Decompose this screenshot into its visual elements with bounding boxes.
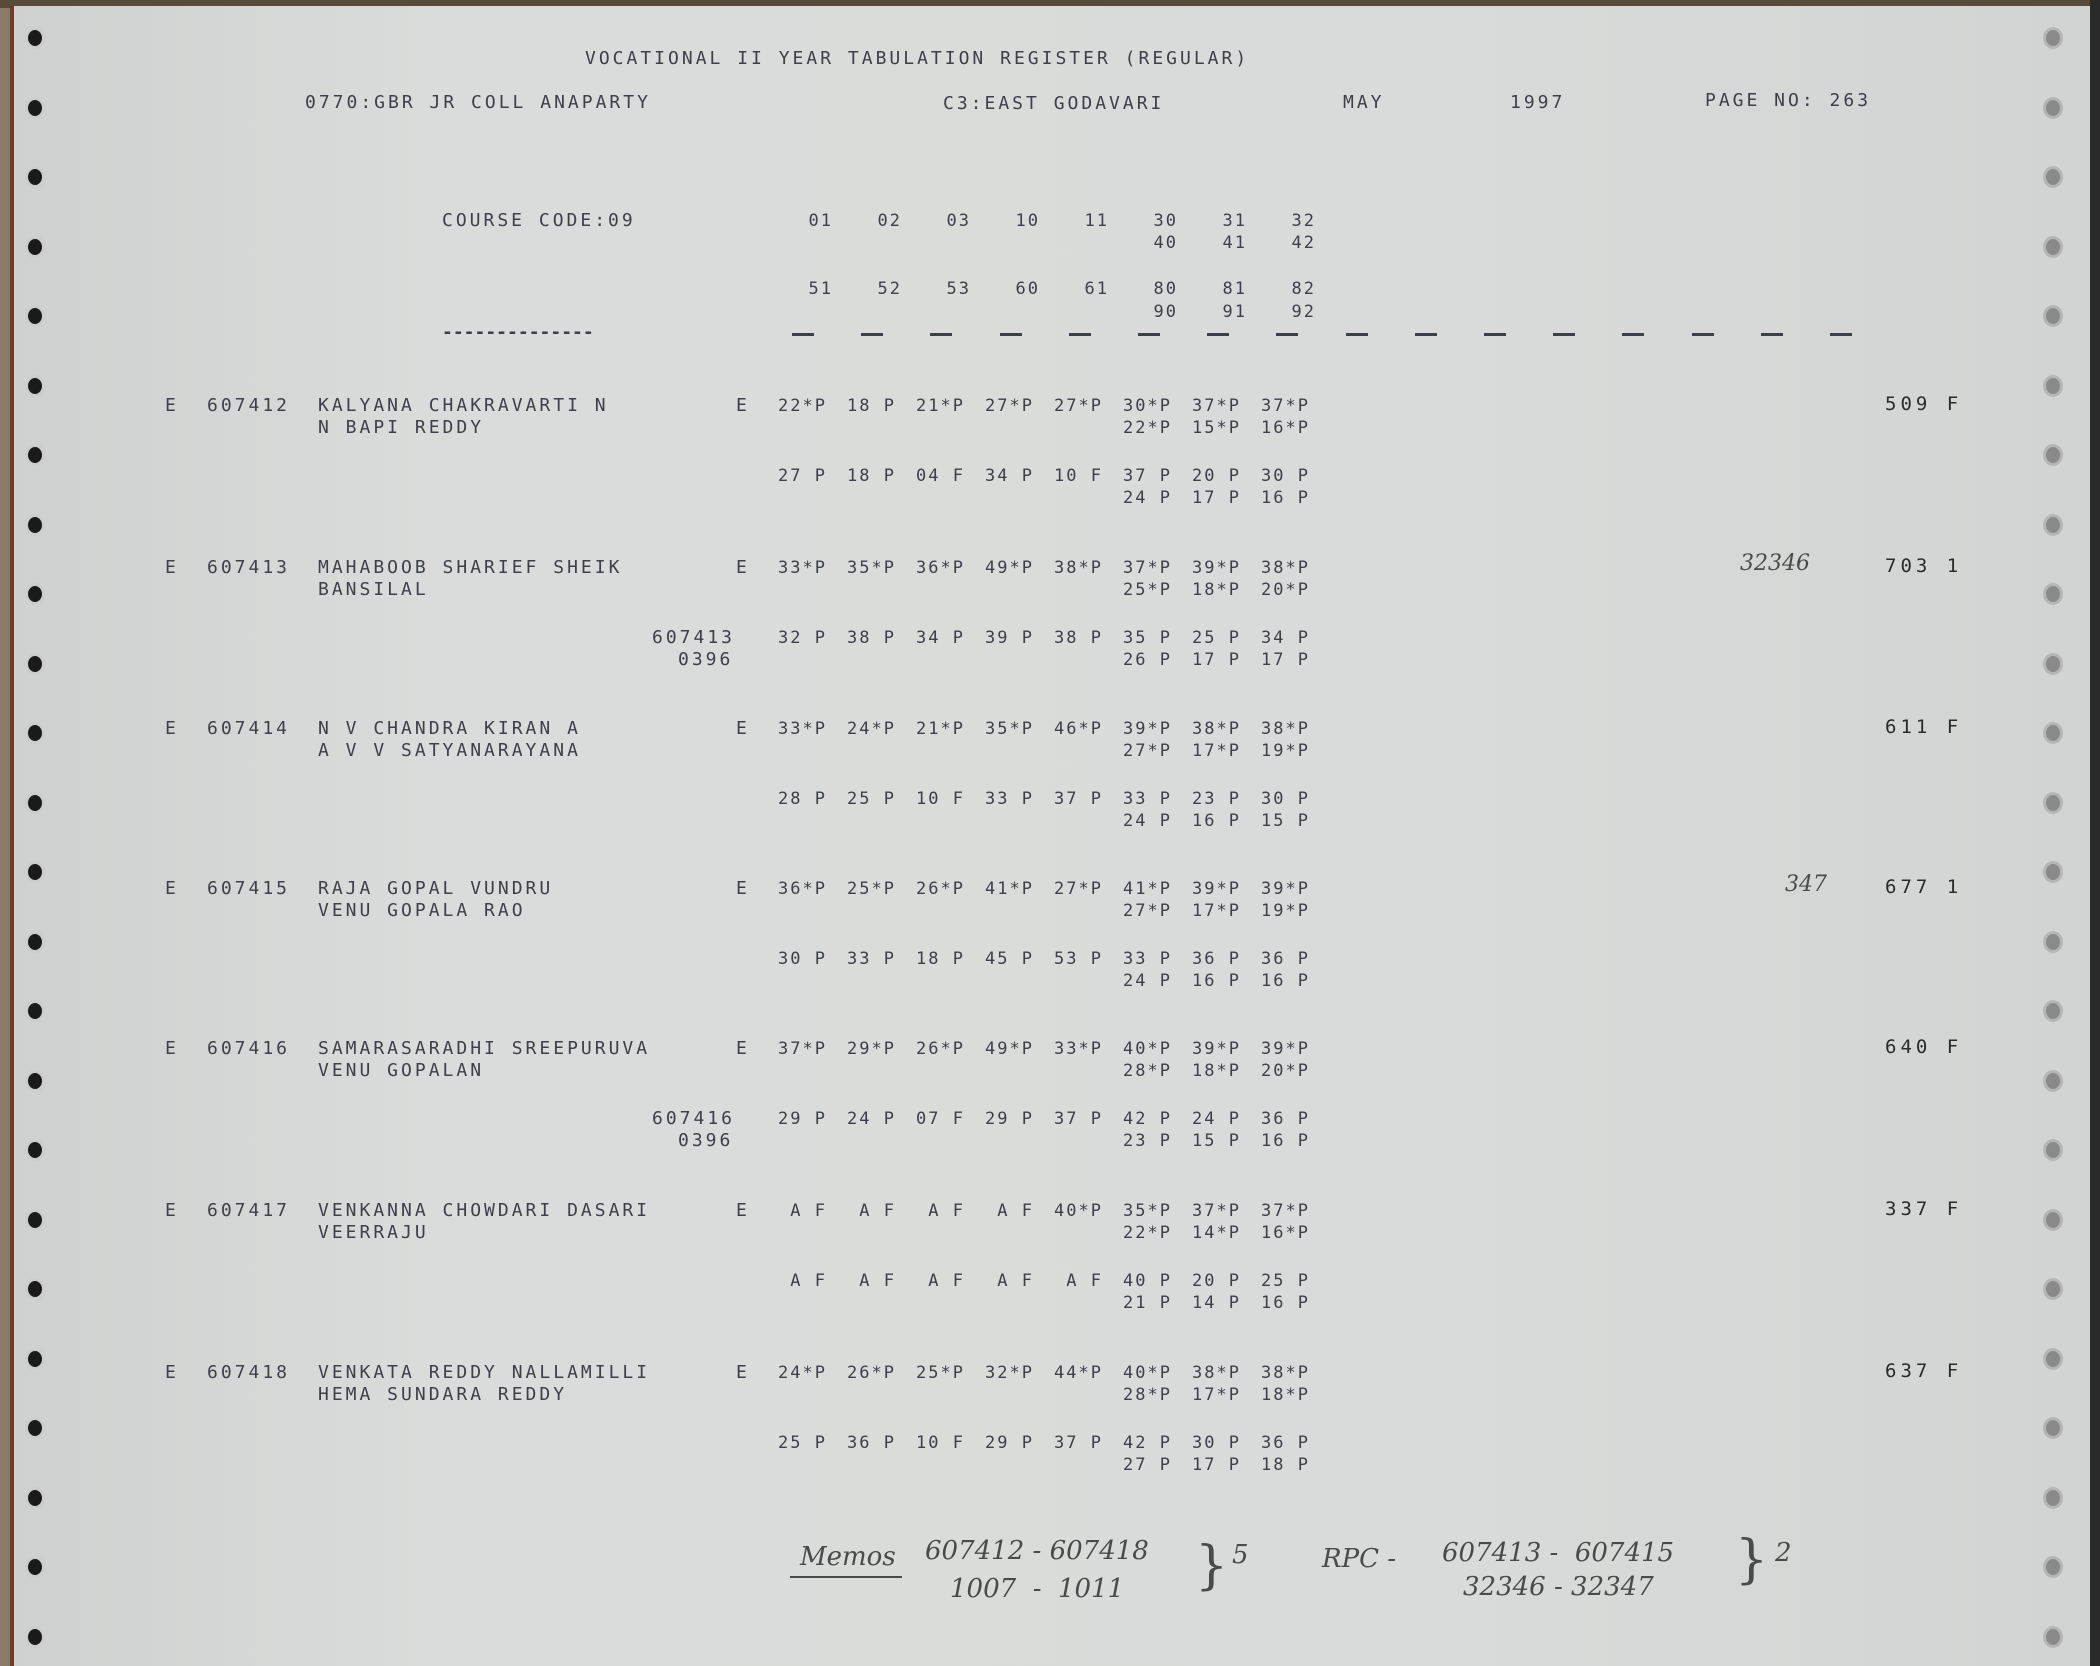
subject-mark: 18*P bbox=[1180, 1060, 1249, 1082]
marks-row: 36*P25*P26*P41*P27*P41*P39*P39*P bbox=[766, 878, 1318, 900]
subject-mark: 29 P bbox=[973, 1432, 1042, 1454]
subject-mark: 25 P bbox=[766, 1432, 835, 1454]
college-name: 0770:GBR JR COLL ANAPARTY bbox=[305, 92, 651, 114]
previous-year-code: 0396 bbox=[678, 1130, 733, 1152]
memos-count: 5 bbox=[1232, 1540, 1249, 1570]
exam-year: 1997 bbox=[1510, 92, 1565, 114]
feed-hole-right bbox=[2046, 1073, 2060, 1089]
marks-row: A FA FA FA FA F40 P20 P25 P bbox=[766, 1270, 1318, 1292]
paper-code: 03 bbox=[910, 210, 979, 232]
subject-mark: 37 P bbox=[1042, 1108, 1111, 1130]
course-dashes: -------------- bbox=[442, 322, 594, 344]
paper-code: 92 bbox=[1255, 301, 1324, 323]
subject-mark: 23 P bbox=[1111, 1130, 1180, 1152]
marks-row: 22*P18 P21*P27*P27*P30*P37*P37*P bbox=[766, 395, 1318, 417]
subject-mark: 33 P bbox=[973, 788, 1042, 810]
paper-code: 10 bbox=[979, 210, 1048, 232]
feed-hole-right bbox=[2046, 1490, 2060, 1506]
subject-mark: 36*P bbox=[904, 557, 973, 579]
feed-hole-left bbox=[28, 725, 42, 741]
subject-mark: 18*P bbox=[1180, 579, 1249, 601]
feed-hole-left bbox=[28, 239, 42, 255]
subject-mark: 36 P bbox=[1249, 948, 1318, 970]
memos-serial-range: 1007 - 1011 bbox=[950, 1574, 1124, 1604]
marks-exam-flag: E bbox=[736, 878, 750, 900]
subject-mark: 27*P bbox=[1111, 740, 1180, 762]
marks-row: 27 P17 P18 P bbox=[766, 1454, 1318, 1476]
student-roll-number: 607415 bbox=[207, 878, 290, 900]
paper-code: 91 bbox=[1186, 301, 1255, 323]
subject-mark: 36*P bbox=[766, 878, 835, 900]
subject-mark: A F bbox=[766, 1200, 835, 1222]
paper-code: 53 bbox=[910, 278, 979, 300]
student-roll-number: 607418 bbox=[207, 1362, 290, 1384]
subject-mark: 33 P bbox=[1111, 948, 1180, 970]
paper-code: 32 bbox=[1255, 210, 1324, 232]
subject-mark: 29*P bbox=[835, 1038, 904, 1060]
paper-code-row: 5152536061808182 bbox=[772, 278, 1324, 300]
page-right-edge bbox=[2090, 0, 2100, 1666]
subject-mark: 37*P bbox=[1249, 395, 1318, 417]
subject-mark: 25*P bbox=[904, 1362, 973, 1384]
subject-mark: 32 P bbox=[766, 627, 835, 649]
student-exam-flag: E bbox=[165, 878, 179, 900]
subject-mark: 19*P bbox=[1249, 740, 1318, 762]
feed-hole-right bbox=[2046, 308, 2060, 324]
paper-code: 81 bbox=[1186, 278, 1255, 300]
subject-mark: 22*P bbox=[766, 395, 835, 417]
subject-mark: 39 P bbox=[973, 627, 1042, 649]
total-marks-result: 677 1 bbox=[1885, 876, 1962, 898]
rpc-serial-range: 32346 - 32347 bbox=[1463, 1572, 1654, 1602]
subject-mark: 36 P bbox=[835, 1432, 904, 1454]
column-dash bbox=[1207, 333, 1229, 336]
feed-hole-right bbox=[2046, 239, 2060, 255]
marks-row: 25*P18*P20*P bbox=[766, 579, 1318, 601]
total-marks-result: 637 F bbox=[1885, 1360, 1962, 1382]
paper-code-row: 909192 bbox=[772, 301, 1324, 323]
subject-mark: 21 P bbox=[1111, 1292, 1180, 1314]
feed-hole-right bbox=[2046, 169, 2060, 185]
feed-hole-left bbox=[28, 30, 42, 46]
paper-code: 41 bbox=[1186, 232, 1255, 254]
subject-mark: 27*P bbox=[1042, 395, 1111, 417]
rpc-brace: } bbox=[1735, 1530, 1768, 1590]
paper-code: 02 bbox=[841, 210, 910, 232]
subject-mark: 16 P bbox=[1180, 810, 1249, 832]
subject-mark: 41*P bbox=[973, 878, 1042, 900]
student-roll-number: 607413 bbox=[207, 557, 290, 579]
feed-hole-left bbox=[28, 1003, 42, 1019]
student-roll-number: 607414 bbox=[207, 718, 290, 740]
subject-mark: 40*P bbox=[1111, 1362, 1180, 1384]
feed-hole-left bbox=[28, 378, 42, 394]
subject-mark: 35*P bbox=[1111, 1200, 1180, 1222]
previous-year-code: 0396 bbox=[678, 649, 733, 671]
subject-mark: 25*P bbox=[835, 878, 904, 900]
subject-mark: 27 P bbox=[1111, 1454, 1180, 1476]
paper-code: 82 bbox=[1255, 278, 1324, 300]
total-marks-result: 640 F bbox=[1885, 1036, 1962, 1058]
marks-row: 21 P14 P16 P bbox=[766, 1292, 1318, 1314]
subject-mark: 16 P bbox=[1249, 1130, 1318, 1152]
student-parent-name: VENU GOPALA RAO bbox=[318, 900, 526, 922]
subject-mark: 17*P bbox=[1180, 740, 1249, 762]
subject-mark: 21*P bbox=[904, 718, 973, 740]
feed-hole-right bbox=[2046, 1420, 2060, 1436]
subject-mark: 38*P bbox=[1249, 718, 1318, 740]
feed-hole-left bbox=[28, 586, 42, 602]
student-name: VENKANNA CHOWDARI DASARI bbox=[318, 1200, 650, 1222]
marks-row: 27*P17*P19*P bbox=[766, 900, 1318, 922]
exam-month: MAY bbox=[1343, 92, 1385, 114]
paper-code: 80 bbox=[1117, 278, 1186, 300]
feed-hole-right bbox=[2046, 1559, 2060, 1575]
subject-mark: 20*P bbox=[1249, 1060, 1318, 1082]
total-marks-result: 337 F bbox=[1885, 1198, 1962, 1220]
feed-hole-right bbox=[2046, 1212, 2060, 1228]
subject-mark: 34 P bbox=[904, 627, 973, 649]
feed-hole-right bbox=[2046, 795, 2060, 811]
column-dash bbox=[1553, 333, 1575, 336]
subject-mark: 33*P bbox=[1042, 1038, 1111, 1060]
subject-mark: 37*P bbox=[766, 1038, 835, 1060]
subject-mark: 24 P bbox=[1111, 487, 1180, 509]
tabulation-register-sheet bbox=[10, 6, 2094, 1666]
paper-code: 52 bbox=[841, 278, 910, 300]
subject-mark: 36 P bbox=[1249, 1108, 1318, 1130]
feed-hole-right bbox=[2046, 1142, 2060, 1158]
student-exam-flag: E bbox=[165, 1362, 179, 1384]
total-marks-result: 703 1 bbox=[1885, 555, 1962, 577]
subject-mark: 35*P bbox=[835, 557, 904, 579]
feed-hole-left bbox=[28, 1073, 42, 1089]
subject-mark: 33*P bbox=[766, 718, 835, 740]
marks-exam-flag: E bbox=[736, 718, 750, 740]
feed-hole-left bbox=[28, 864, 42, 880]
column-dash bbox=[1276, 333, 1298, 336]
paper-code-row: 404142 bbox=[772, 232, 1324, 254]
paper-code: 90 bbox=[1117, 301, 1186, 323]
subject-mark: 39*P bbox=[1180, 557, 1249, 579]
memos-range: 607412 - 607418 bbox=[925, 1536, 1149, 1566]
paper-code: 31 bbox=[1186, 210, 1255, 232]
subject-mark: 15 P bbox=[1180, 1130, 1249, 1152]
subject-mark: 35*P bbox=[973, 718, 1042, 740]
feed-hole-right bbox=[2046, 1629, 2060, 1645]
marks-row: 24 P17 P16 P bbox=[766, 487, 1318, 509]
feed-hole-left bbox=[28, 1629, 42, 1645]
column-dash bbox=[1000, 333, 1022, 336]
subject-mark: 17 P bbox=[1249, 649, 1318, 671]
subject-mark: 15*P bbox=[1180, 417, 1249, 439]
paper-code: 42 bbox=[1255, 232, 1324, 254]
feed-hole-left bbox=[28, 1420, 42, 1436]
subject-mark: 53 P bbox=[1042, 948, 1111, 970]
subject-mark: 27*P bbox=[973, 395, 1042, 417]
subject-mark: 30*P bbox=[1111, 395, 1180, 417]
subject-mark: A F bbox=[835, 1200, 904, 1222]
subject-mark: 35 P bbox=[1111, 627, 1180, 649]
subject-mark: 19*P bbox=[1249, 900, 1318, 922]
subject-mark: 38 P bbox=[1042, 627, 1111, 649]
column-dash bbox=[1830, 333, 1852, 336]
subject-mark: 16 P bbox=[1249, 487, 1318, 509]
subject-mark: 20 P bbox=[1180, 1270, 1249, 1292]
subject-mark: 16 P bbox=[1249, 1292, 1318, 1314]
subject-mark: 38*P bbox=[1249, 1362, 1318, 1384]
column-dash bbox=[1069, 333, 1091, 336]
subject-mark: 37 P bbox=[1042, 1432, 1111, 1454]
subject-mark: 25*P bbox=[1111, 579, 1180, 601]
feed-hole-right bbox=[2046, 100, 2060, 116]
subject-mark: 37*P bbox=[1249, 1200, 1318, 1222]
subject-mark: 29 P bbox=[973, 1108, 1042, 1130]
subject-mark: 20 P bbox=[1180, 465, 1249, 487]
marks-exam-flag: E bbox=[736, 1038, 750, 1060]
student-exam-flag: E bbox=[165, 557, 179, 579]
subject-mark: 30 P bbox=[1249, 788, 1318, 810]
subject-mark: 37*P bbox=[1180, 395, 1249, 417]
subject-mark: 34 P bbox=[973, 465, 1042, 487]
feed-hole-right bbox=[2046, 378, 2060, 394]
feed-hole-left bbox=[28, 934, 42, 950]
page-number: PAGE NO: 263 bbox=[1705, 90, 1871, 112]
feed-hole-right bbox=[2046, 1003, 2060, 1019]
student-parent-name: BANSILAL bbox=[318, 579, 429, 601]
paper-code: 61 bbox=[1048, 278, 1117, 300]
feed-hole-left bbox=[28, 447, 42, 463]
subject-mark: 34 P bbox=[1249, 627, 1318, 649]
marks-row: 29 P24 P07 F29 P37 P42 P24 P36 P bbox=[766, 1108, 1318, 1130]
subject-mark: 39*P bbox=[1249, 1038, 1318, 1060]
subject-mark: 16*P bbox=[1249, 417, 1318, 439]
subject-mark: 24 P bbox=[1111, 810, 1180, 832]
student-roll-number: 607417 bbox=[207, 1200, 290, 1222]
column-dash bbox=[1622, 333, 1644, 336]
subject-mark: 33 P bbox=[835, 948, 904, 970]
feed-hole-right bbox=[2046, 1351, 2060, 1367]
subject-mark: 45 P bbox=[973, 948, 1042, 970]
student-parent-name: N BAPI REDDY bbox=[318, 417, 484, 439]
feed-hole-left bbox=[28, 656, 42, 672]
subject-mark: 49*P bbox=[973, 1038, 1042, 1060]
feed-hole-left bbox=[28, 100, 42, 116]
feed-hole-right bbox=[2046, 30, 2060, 46]
subject-mark: 17*P bbox=[1180, 1384, 1249, 1406]
subject-mark: 16 P bbox=[1249, 970, 1318, 992]
handwritten-annotation: 347 bbox=[1785, 872, 1827, 897]
subject-mark: 37*P bbox=[1180, 1200, 1249, 1222]
subject-mark: 40*P bbox=[1042, 1200, 1111, 1222]
subject-mark: 27*P bbox=[1111, 900, 1180, 922]
feed-hole-left bbox=[28, 795, 42, 811]
marks-row: 24 P16 P15 P bbox=[766, 810, 1318, 832]
student-name: MAHABOOB SHARIEF SHEIK bbox=[318, 557, 622, 579]
subject-mark: 18 P bbox=[835, 465, 904, 487]
memos-brace: } bbox=[1195, 1536, 1228, 1596]
subject-mark: 10 F bbox=[904, 788, 973, 810]
subject-mark: 18 P bbox=[904, 948, 973, 970]
subject-mark: 10 F bbox=[1042, 465, 1111, 487]
subject-mark: 27*P bbox=[1042, 878, 1111, 900]
marks-exam-flag: E bbox=[736, 1362, 750, 1384]
feed-hole-right bbox=[2046, 864, 2060, 880]
marks-row: 33*P24*P21*P35*P46*P39*P38*P38*P bbox=[766, 718, 1318, 740]
marks-row: A FA FA FA F40*P35*P37*P37*P bbox=[766, 1200, 1318, 1222]
subject-mark: 24*P bbox=[766, 1362, 835, 1384]
feed-hole-right bbox=[2046, 725, 2060, 741]
feed-hole-left bbox=[28, 1490, 42, 1506]
subject-mark: A F bbox=[1042, 1270, 1111, 1292]
student-exam-flag: E bbox=[165, 395, 179, 417]
marks-row: 24 P16 P16 P bbox=[766, 970, 1318, 992]
previous-roll-number: 607416 bbox=[652, 1108, 735, 1130]
subject-mark: 46*P bbox=[1042, 718, 1111, 740]
subject-mark: 26*P bbox=[904, 1038, 973, 1060]
previous-roll-number: 607413 bbox=[652, 627, 735, 649]
student-exam-flag: E bbox=[165, 1200, 179, 1222]
subject-mark: 17 P bbox=[1180, 649, 1249, 671]
register-title: VOCATIONAL II YEAR TABULATION REGISTER (… bbox=[585, 48, 1249, 70]
subject-mark: 28 P bbox=[766, 788, 835, 810]
memos-underline bbox=[790, 1576, 902, 1578]
handwritten-annotation: 32346 bbox=[1740, 551, 1810, 576]
subject-mark: 41*P bbox=[1111, 878, 1180, 900]
subject-mark: 49*P bbox=[973, 557, 1042, 579]
subject-mark: 33*P bbox=[766, 557, 835, 579]
subject-mark: 39*P bbox=[1180, 878, 1249, 900]
column-dash bbox=[1484, 333, 1506, 336]
student-roll-number: 607412 bbox=[207, 395, 290, 417]
subject-mark: 24*P bbox=[835, 718, 904, 740]
subject-mark: 37*P bbox=[1111, 557, 1180, 579]
marks-row: 28*P18*P20*P bbox=[766, 1060, 1318, 1082]
subject-mark: 32*P bbox=[973, 1362, 1042, 1384]
subject-mark: 22*P bbox=[1111, 417, 1180, 439]
student-parent-name: VEERRAJU bbox=[318, 1222, 429, 1244]
feed-hole-left bbox=[28, 1559, 42, 1575]
subject-mark: 20*P bbox=[1249, 579, 1318, 601]
subject-mark: 33 P bbox=[1111, 788, 1180, 810]
feed-hole-left bbox=[28, 1142, 42, 1158]
subject-mark: 25 P bbox=[1180, 627, 1249, 649]
column-dash bbox=[1761, 333, 1783, 336]
subject-mark: 24 P bbox=[1111, 970, 1180, 992]
subject-mark: 18 P bbox=[835, 395, 904, 417]
student-name: KALYANA CHAKRAVARTI N bbox=[318, 395, 609, 417]
subject-mark: A F bbox=[904, 1270, 973, 1292]
subject-mark: 39*P bbox=[1180, 1038, 1249, 1060]
student-parent-name: A V V SATYANARAYANA bbox=[318, 740, 581, 762]
column-dash bbox=[1692, 333, 1714, 336]
memos-label: Memos bbox=[800, 1542, 896, 1572]
subject-mark: 42 P bbox=[1111, 1432, 1180, 1454]
subject-mark: 38*P bbox=[1180, 718, 1249, 740]
subject-mark: 38*P bbox=[1042, 557, 1111, 579]
subject-mark: 37 P bbox=[1042, 788, 1111, 810]
subject-mark: 39*P bbox=[1111, 718, 1180, 740]
total-marks-result: 509 F bbox=[1885, 393, 1962, 415]
feed-hole-left bbox=[28, 308, 42, 324]
column-dash bbox=[1415, 333, 1437, 336]
student-exam-flag: E bbox=[165, 1038, 179, 1060]
feed-hole-left bbox=[28, 1281, 42, 1297]
subject-mark: 25 P bbox=[1249, 1270, 1318, 1292]
feed-hole-right bbox=[2046, 447, 2060, 463]
paper-code: 11 bbox=[1048, 210, 1117, 232]
column-dash bbox=[930, 333, 952, 336]
subject-mark: A F bbox=[904, 1200, 973, 1222]
feed-hole-left bbox=[28, 169, 42, 185]
subject-mark: A F bbox=[766, 1270, 835, 1292]
marks-row: 33*P35*P36*P49*P38*P37*P39*P38*P bbox=[766, 557, 1318, 579]
paper-code: 40 bbox=[1117, 232, 1186, 254]
paper-code-row: 0102031011303132 bbox=[772, 210, 1324, 232]
subject-mark: 25 P bbox=[835, 788, 904, 810]
subject-mark: 14*P bbox=[1180, 1222, 1249, 1244]
rpc-label: RPC - bbox=[1322, 1544, 1396, 1574]
subject-mark: 26*P bbox=[835, 1362, 904, 1384]
paper-code: 01 bbox=[772, 210, 841, 232]
paper-code: 30 bbox=[1117, 210, 1186, 232]
subject-mark: 21*P bbox=[904, 395, 973, 417]
subject-mark: 38 P bbox=[835, 627, 904, 649]
column-dash bbox=[861, 333, 883, 336]
subject-mark: 30 P bbox=[1249, 465, 1318, 487]
subject-mark: 38*P bbox=[1180, 1362, 1249, 1384]
subject-mark: 28*P bbox=[1111, 1060, 1180, 1082]
subject-mark: 16*P bbox=[1249, 1222, 1318, 1244]
student-name: VENKATA REDDY NALLAMILLI bbox=[318, 1362, 650, 1384]
subject-mark: 17 P bbox=[1180, 487, 1249, 509]
feed-hole-left bbox=[28, 1351, 42, 1367]
marks-row: 24*P26*P25*P32*P44*P40*P38*P38*P bbox=[766, 1362, 1318, 1384]
subject-mark: 39*P bbox=[1249, 878, 1318, 900]
marks-row: 27 P18 P04 F34 P10 F37 P20 P30 P bbox=[766, 465, 1318, 487]
subject-mark: 44*P bbox=[1042, 1362, 1111, 1384]
feed-hole-right bbox=[2046, 517, 2060, 533]
marks-row: 23 P15 P16 P bbox=[766, 1130, 1318, 1152]
subject-mark: A F bbox=[835, 1270, 904, 1292]
column-dash bbox=[792, 333, 814, 336]
feed-hole-right bbox=[2046, 1281, 2060, 1297]
subject-mark: 38*P bbox=[1249, 557, 1318, 579]
subject-mark: 16 P bbox=[1180, 970, 1249, 992]
subject-mark: 10 F bbox=[904, 1432, 973, 1454]
subject-mark: 17*P bbox=[1180, 900, 1249, 922]
marks-row: 32 P38 P34 P39 P38 P35 P25 P34 P bbox=[766, 627, 1318, 649]
marks-row: 37*P29*P26*P49*P33*P40*P39*P39*P bbox=[766, 1038, 1318, 1060]
marks-exam-flag: E bbox=[736, 1200, 750, 1222]
marks-row: 30 P33 P18 P45 P53 P33 P36 P36 P bbox=[766, 948, 1318, 970]
subject-mark: A F bbox=[973, 1270, 1042, 1292]
paper-code: 51 bbox=[772, 278, 841, 300]
subject-mark: 24 P bbox=[835, 1108, 904, 1130]
feed-hole-left bbox=[28, 1212, 42, 1228]
marks-row: 22*P15*P16*P bbox=[766, 417, 1318, 439]
subject-mark: 04 F bbox=[904, 465, 973, 487]
subject-mark: 36 P bbox=[1249, 1432, 1318, 1454]
student-exam-flag: E bbox=[165, 718, 179, 740]
course-code-label: COURSE CODE:09 bbox=[442, 210, 636, 232]
marks-row: 25 P36 P10 F29 P37 P42 P30 P36 P bbox=[766, 1432, 1318, 1454]
feed-hole-right bbox=[2046, 934, 2060, 950]
rpc-count: 2 bbox=[1775, 1538, 1792, 1568]
student-name: RAJA GOPAL VUNDRU bbox=[318, 878, 553, 900]
feed-hole-left bbox=[28, 517, 42, 533]
subject-mark: 26*P bbox=[904, 878, 973, 900]
